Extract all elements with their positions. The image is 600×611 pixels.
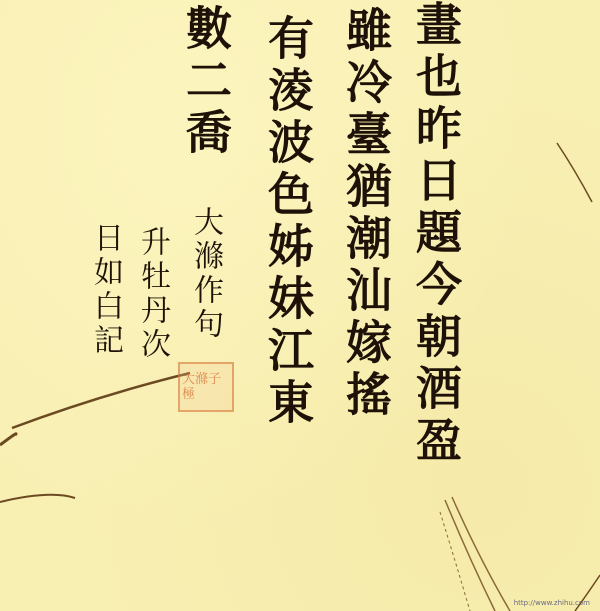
- signature-column-2: 升牡丹次: [135, 226, 169, 362]
- calligraphy-column-2: 雖冷臺猶潮汕嫁搖: [340, 6, 392, 422]
- signature-column-1: 大滌作句: [188, 206, 222, 342]
- calligraphy-column-3: 有淩波色姊妹江東: [262, 14, 314, 430]
- calligraphy-column-1: 畫也昨日題今朝酒盈: [410, 0, 462, 468]
- red-seal-stamp: 大滌子極: [178, 362, 234, 412]
- calligraphy-column-4: 數二喬: [180, 4, 232, 160]
- calligraphy-painting: 畫也昨日題今朝酒盈 雖冷臺猶潮汕嫁搖 有淩波色姊妹江東 數二喬 大滌作句 升牡丹…: [0, 0, 600, 611]
- watermark: http://www.zhihu.com: [514, 599, 590, 607]
- signature-column-3: 日如白記: [88, 222, 122, 358]
